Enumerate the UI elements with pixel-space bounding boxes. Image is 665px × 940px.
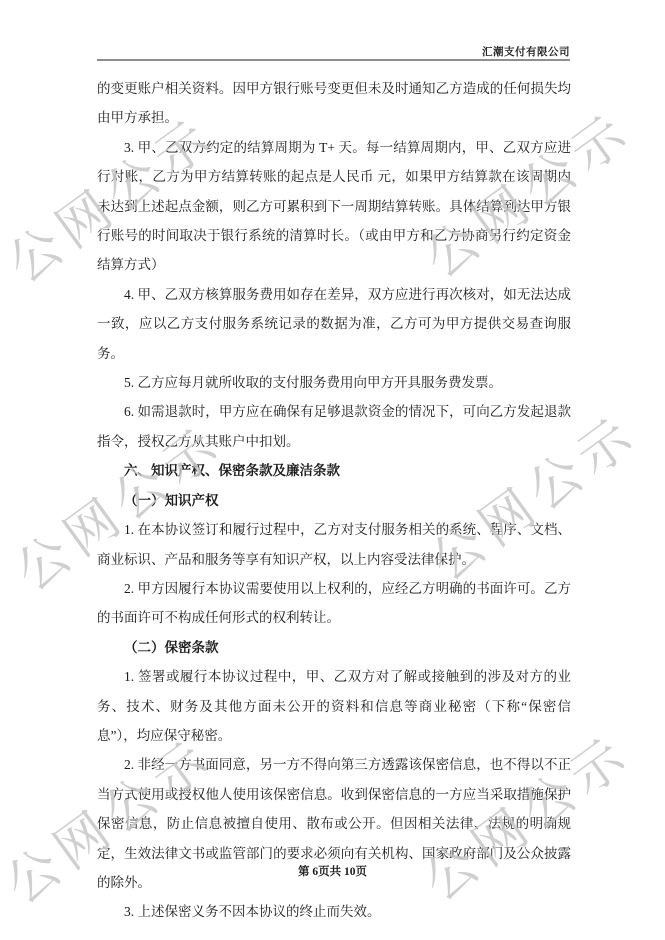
clause-5-invoice: 5. 乙方应每月就所收取的支付服务费用向甲方开具服务费发票。 [97, 368, 571, 397]
subsection-ip-heading: （一）知识产权 [97, 486, 571, 515]
page-number: 第 6页共 10页 [0, 863, 665, 879]
paragraph-continuation: 的变更账户相关资料。因甲方银行账号变更但未及时通知乙方造成的任何损失均由甲方承担… [97, 74, 571, 133]
document-body: 的变更账户相关资料。因甲方银行账号变更但未及时通知乙方造成的任何损失均由甲方承担… [97, 74, 571, 927]
clause-4-fee-reconciliation: 4. 甲、乙双方核算服务费用如存在差异，双方应进行再次核对，如无法达成一致，应以… [97, 280, 571, 368]
header-company-name: 汇潮支付有限公司 [97, 44, 570, 59]
clause-3-settlement-cycle: 3. 甲、乙双方约定的结算周期为 T+ 天。每一结算周期内，甲、乙双方应进行对账… [97, 133, 571, 280]
ip-clause-1: 1. 在本协议签订和履行过程中，乙方对支付服务相关的系统、程序、文档、商业标识、… [97, 515, 571, 574]
document-page: 汇潮支付有限公司 的变更账户相关资料。因甲方银行账号变更但未及时通知乙方造成的任… [0, 0, 665, 940]
confidentiality-clause-3: 3. 上述保密义务不因本协议的终止而失效。 [97, 897, 571, 926]
confidentiality-clause-1: 1. 签署或履行本协议过程中，甲、乙双方对了解或接触到的涉及对方的业务、技术、财… [97, 662, 571, 750]
header-divider [97, 59, 570, 61]
subsection-confidentiality-heading: （二）保密条款 [97, 633, 571, 662]
section-6-heading: 六、知识产权、保密条款及廉洁条款 [97, 456, 571, 485]
ip-clause-2: 2. 甲方因履行本协议需要使用以上权利的，应经乙方明确的书面许可。乙方的书面许可… [97, 574, 571, 633]
clause-6-refund: 6. 如需退款时，甲方应在确保有足够退款资金的情况下，可向乙方发起退款指令，授权… [97, 397, 571, 456]
